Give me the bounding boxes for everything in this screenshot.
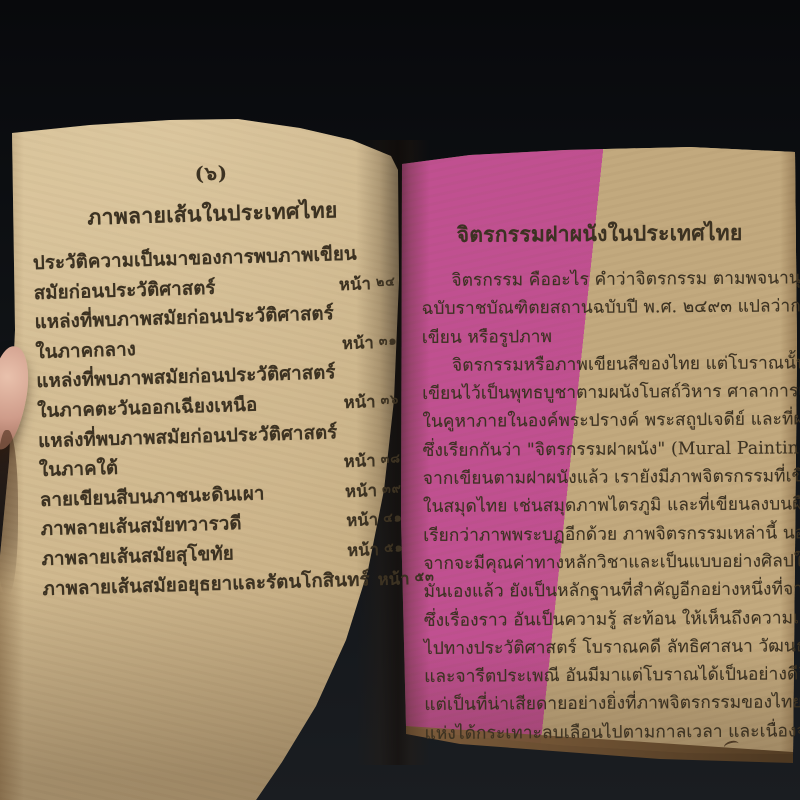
page-number: ๓๑ — [379, 332, 398, 348]
left-page-title: ภาพลายเส้นในประเทศไทย — [31, 192, 394, 236]
page-number: ๕๑ — [384, 539, 404, 555]
page-number: ๒๔ — [376, 273, 396, 289]
body-line: เขียนไว้เป็นพุทธบูชาตามผนังโบสถ์วิหาร ศา… — [422, 378, 779, 409]
page-word: หน้า — [343, 451, 376, 471]
page-reference: หน้า๔๑ — [346, 507, 403, 535]
body-line: และจารีตประเพณี อันมีมาแต่โบราณได้เป็นอย… — [424, 661, 781, 692]
table-of-contents: (๖) ภาพลายเส้นในประเทศไทย ประวัติความเป็… — [30, 153, 405, 604]
body-line: ซึ่งเรียกกันว่า "จิตรกรรมฝาผนัง" (Mural … — [423, 434, 780, 465]
page-word: หน้า — [339, 274, 372, 294]
body-line: ฉบับราชบัณฑิตยสถานฉบับปี พ.ศ. ๒๔๙๓ แปลว่… — [422, 293, 779, 324]
page-word: หน้า — [377, 569, 410, 589]
body-line: จิตรกรรมหรือภาพเขียนสีของไทย แต่โบราณนั้… — [422, 349, 779, 380]
page-reference: หน้า๓๖ — [343, 388, 399, 416]
finger-shadow — [0, 430, 18, 595]
photo-stage: (๖) ภาพลายเส้นในประเทศไทย ประวัติความเป็… — [0, 0, 800, 800]
body-line: ซึ่งเรื่องราว อันเป็นความรู้ สะท้อน ให้เ… — [424, 604, 781, 635]
right-page-title: จิตรกรรมฝาผนังในประเทศไทย — [421, 217, 778, 252]
body-line: จากจะมีคุณค่าทางหลักวิชาและเป็นแบบอย่างศ… — [423, 547, 780, 578]
body-line: เขียน หรือรูปภาพ — [422, 321, 779, 352]
page-number: ๓๘ — [380, 450, 401, 466]
page-word: หน้า — [347, 540, 380, 560]
body-line: เรียกว่าภาพพระบฏอีกด้วย ภาพจิตรกรรมเหล่า… — [423, 519, 780, 550]
page-reference: หน้า๕๑ — [347, 536, 404, 564]
toc-list: ประวัติความเป็นมาของการพบภาพเขียนสมัยก่อ… — [33, 238, 405, 604]
body-line: มันเองแล้ว ยังเป็นหลักฐานที่สำคัญอีกอย่า… — [424, 576, 781, 607]
page-number: ๓๙ — [382, 480, 402, 496]
page-number: ๔๑ — [383, 510, 403, 526]
page-word: หน้า — [342, 333, 375, 353]
page-word: หน้า — [343, 392, 376, 412]
body-line: แต่เป็นที่น่าเสียดายอย่างยิ่งที่ภาพจิตรก… — [424, 689, 781, 720]
body-line: จิตรกรรม คืออะไร คำว่าจิตรกรรม ตามพจนานุ… — [421, 265, 778, 296]
page-word: หน้า — [346, 510, 379, 530]
toc-entry-label: ในภาคใต้ — [39, 454, 119, 485]
page-reference: หน้า๒๔ — [339, 270, 396, 298]
page-reference: หน้า๓๑ — [342, 329, 398, 357]
page-word: หน้า — [345, 481, 378, 501]
toc-entry-label: สมัยก่อนประวัติศาสตร์ — [33, 273, 216, 307]
chapter-text: จิตรกรรมฝาผนังในประเทศไทย จิตรกรรม คืออะ… — [421, 217, 782, 749]
page-reference: หน้า๓๘ — [343, 447, 401, 475]
body-line: ในสมุดไทย เช่นสมุดภาพไตรภูมิ และที่เขียน… — [423, 491, 780, 522]
body-lines: จิตรกรรม คืออะไร คำว่าจิตรกรรม ตามพจนานุ… — [421, 265, 781, 749]
body-line: จากเขียนตามฝาผนังแล้ว เรายังมีภาพจิตรกรร… — [423, 463, 780, 494]
body-line: ไปทางประวัติศาสตร์ โบราณคดี ลัทธิศาสนา ว… — [424, 632, 781, 663]
toc-entry-label: ในภาคกลาง — [35, 335, 136, 367]
page-number: ๓๖ — [380, 391, 399, 407]
body-line: ในคูหาภายในองค์พระปรางค์ พระสถูปเจดีย์ แ… — [422, 406, 779, 437]
page-reference: หน้า๓๙ — [345, 477, 402, 505]
